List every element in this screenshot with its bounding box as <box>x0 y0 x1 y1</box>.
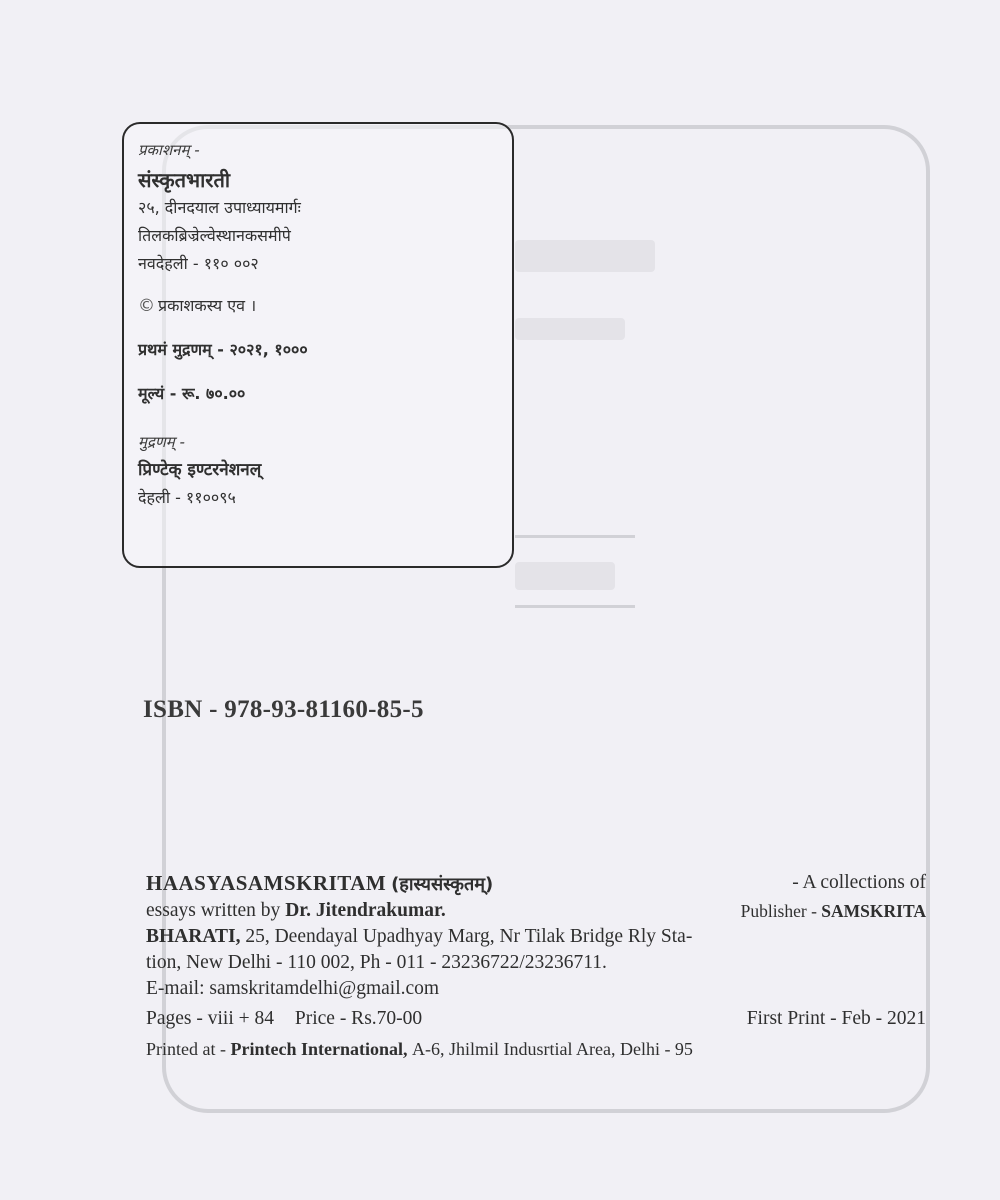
printer-city: देहली - ११००९५ <box>138 484 512 512</box>
reverse-page-title-showthrough <box>515 240 655 272</box>
publisher-email: E-mail: samskritamdelhi@gmail.com <box>146 976 926 1002</box>
colophon: HAASYASAMSKRITAM (हास्यसंस्कृतम्) - A co… <box>146 870 926 1062</box>
publisher-address-line3: नवदेहली - ११० ००२ <box>138 250 512 278</box>
author-prefix: essays written by <box>146 900 280 921</box>
colophon-printer-line: Printed at - Printech International, A-6… <box>146 1036 926 1062</box>
reverse-page-subtitle-showthrough <box>515 318 625 340</box>
copyright-icon: © <box>138 296 155 316</box>
colophon-address-line2: tion, New Delhi - 110 002, Ph - 011 - 23… <box>146 950 926 976</box>
publisher-address-line1: २५, दीनदयाल उपाध्यायमार्गः <box>138 194 512 222</box>
publisher-name-part2: BHARATI, <box>146 924 240 950</box>
first-print-info: प्रथमं मुद्रणम् - २०२१, १००० <box>138 336 512 364</box>
printer-name: प्रिण्टेक् इण्टरनेशनल् <box>138 456 512 484</box>
colophon-address-line1: BHARATI, 25, Deendayal Upadhyay Marg, Nr… <box>146 924 926 950</box>
first-print-date: First Print - Feb - 2021 <box>747 1006 926 1032</box>
publisher-label: Publisher - <box>741 901 817 921</box>
reverse-page-rule-showthrough <box>515 605 635 608</box>
printed-at-label: Printed at - <box>146 1036 226 1062</box>
publication-label: प्रकाशनम् - <box>138 136 512 164</box>
price-info: मूल्यं - रू. ७०.०० <box>138 380 512 408</box>
book-title-devanagari: (हास्यसंस्कृतम्) <box>391 874 493 895</box>
reverse-page-author-showthrough <box>515 562 615 590</box>
colophon-pages-line: Pages - viii + 84 Price - Rs.70-00 First… <box>146 1006 926 1032</box>
reverse-page-rule-showthrough <box>515 535 635 538</box>
publisher-name-part1: SAMSKRITA <box>821 901 926 921</box>
printer-name-en: Printech International, <box>230 1036 407 1062</box>
book-price: Price - Rs.70-00 <box>295 1008 422 1029</box>
publisher-address-part1: 25, Deendayal Upadhyay Marg, Nr Tilak Br… <box>245 924 692 950</box>
page-count: Pages - viii + 84 <box>146 1008 274 1029</box>
publisher-address-line2: तिलकब्रिज्रेल्वेस्थानकसमीपे <box>138 222 512 250</box>
colophon-title-line: HAASYASAMSKRITAM (हास्यसंस्कृतम्) - A co… <box>146 870 926 898</box>
copyright-notice: ©प्रकाशकस्य एव । <box>138 292 512 320</box>
colophon-author-line: essays written by Dr. Jitendrakumar. Pub… <box>146 898 926 924</box>
isbn: ISBN - 978-93-81160-85-5 <box>143 696 424 724</box>
author-name: Dr. Jitendrakumar. <box>285 900 446 921</box>
copyright-text: प्रकाशकस्य एव । <box>158 296 256 315</box>
imprint-box: प्रकाशनम् - संस्कृतभारती २५, दीनदयाल उपा… <box>122 122 514 568</box>
book-title: HAASYASAMSKRITAM <box>146 871 386 895</box>
printer-address-en: A-6, Jhilmil Indusrtial Area, Delhi - 95 <box>412 1036 693 1062</box>
book-description: - A collections of <box>792 870 926 898</box>
publisher-name: संस्कृतभारती <box>138 166 512 194</box>
printer-label: मुद्रणम् - <box>138 428 512 456</box>
